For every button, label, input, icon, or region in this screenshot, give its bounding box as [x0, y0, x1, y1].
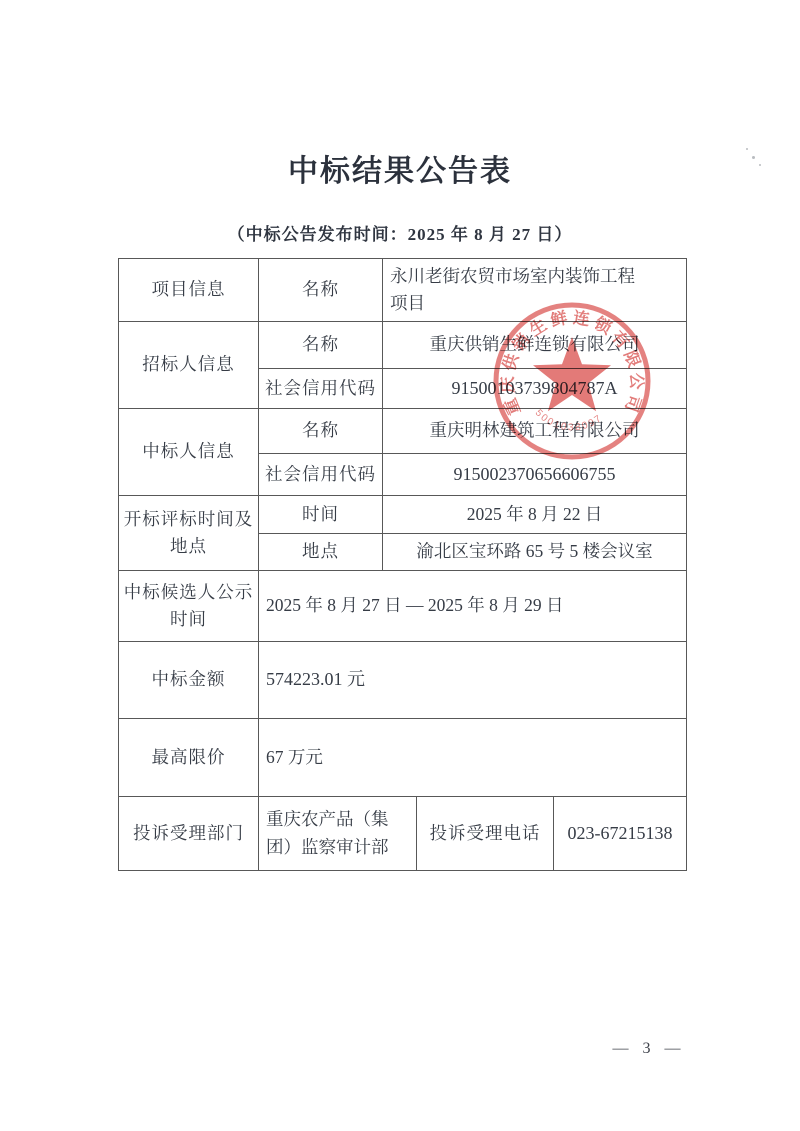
winner-info-label: 中标人信息 — [119, 409, 259, 496]
document-page: 中标结果公告表 （中标公告发布时间：2025 年 8 月 27 日） 项目信息 … — [0, 0, 800, 1131]
complaint-phone-value: 023-67215138 — [554, 797, 687, 871]
tenderer-name-value: 重庆供销生鲜连锁有限公司 — [383, 322, 687, 369]
complaint-dept-value: 重庆农产品（集 团）监察审计部 — [259, 797, 417, 871]
opening-place-field: 地点 — [259, 534, 383, 571]
row-candidate-publicity: 中标候选人公示 时间 2025 年 8 月 27 日 — 2025 年 8 月 … — [119, 571, 687, 642]
row-project: 项目信息 名称 永川老街农贸市场室内装饰工程 项目 — [119, 259, 687, 322]
tenderer-code-field: 社会信用代码 — [259, 369, 383, 409]
tenderer-code-value: 91500103739804787A — [383, 369, 687, 409]
opening-time-value: 2025 年 8 月 22 日 — [383, 496, 687, 534]
winner-name-value: 重庆明林建筑工程有限公司 — [383, 409, 687, 454]
opening-time-field: 时间 — [259, 496, 383, 534]
project-info-label: 项目信息 — [119, 259, 259, 322]
candidate-publicity-value: 2025 年 8 月 27 日 — 2025 年 8 月 29 日 — [259, 571, 687, 642]
row-winning-amount: 中标金额 574223.01 元 — [119, 642, 687, 719]
page-number: — 3 — — [594, 1040, 704, 1058]
scan-speck — [759, 164, 761, 166]
publish-date-note: （中标公告发布时间：2025 年 8 月 27 日） — [0, 220, 800, 245]
candidate-publicity-label: 中标候选人公示 时间 — [119, 571, 259, 642]
scan-speck — [746, 148, 748, 150]
project-name-field: 名称 — [259, 259, 383, 322]
winning-amount-value: 574223.01 元 — [259, 642, 687, 719]
bid-opening-label: 开标评标时间及 地点 — [119, 496, 259, 571]
page-title: 中标结果公告表 — [0, 146, 800, 190]
complaint-phone-label: 投诉受理电话 — [417, 797, 554, 871]
project-name-value: 永川老街农贸市场室内装饰工程 项目 — [383, 259, 687, 322]
bid-result-table: 项目信息 名称 永川老街农贸市场室内装饰工程 项目 招标人信息 名称 重庆供销生… — [118, 258, 687, 871]
row-max-price: 最高限价 67 万元 — [119, 719, 687, 797]
winner-name-field: 名称 — [259, 409, 383, 454]
opening-place-value: 渝北区宝环路 65 号 5 楼会议室 — [383, 534, 687, 571]
row-tenderer-name: 招标人信息 名称 重庆供销生鲜连锁有限公司 — [119, 322, 687, 369]
tenderer-info-label: 招标人信息 — [119, 322, 259, 409]
row-complaint: 投诉受理部门 重庆农产品（集 团）监察审计部 投诉受理电话 023-672151… — [119, 797, 687, 871]
scan-speck — [752, 156, 755, 159]
winner-code-field: 社会信用代码 — [259, 454, 383, 496]
max-price-value: 67 万元 — [259, 719, 687, 797]
max-price-label: 最高限价 — [119, 719, 259, 797]
row-winner-name: 中标人信息 名称 重庆明林建筑工程有限公司 — [119, 409, 687, 454]
winning-amount-label: 中标金额 — [119, 642, 259, 719]
winner-code-value: 915002370656606755 — [383, 454, 687, 496]
complaint-dept-label: 投诉受理部门 — [119, 797, 259, 871]
row-opening-time: 开标评标时间及 地点 时间 2025 年 8 月 22 日 — [119, 496, 687, 534]
tenderer-name-field: 名称 — [259, 322, 383, 369]
